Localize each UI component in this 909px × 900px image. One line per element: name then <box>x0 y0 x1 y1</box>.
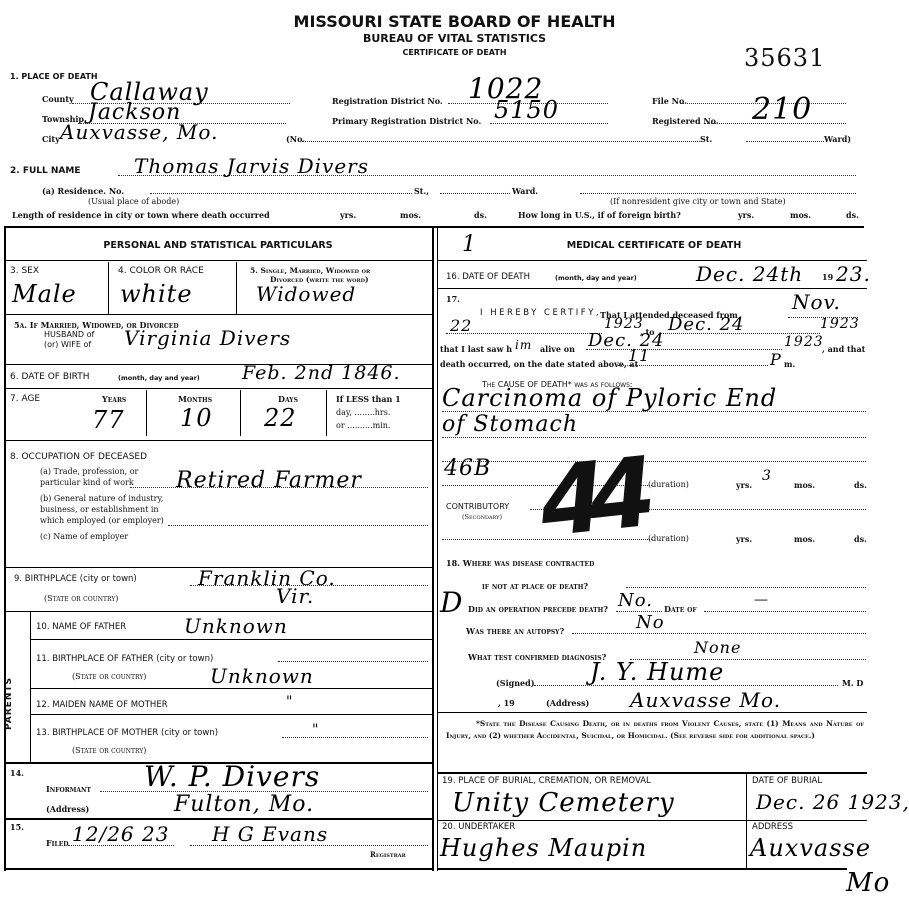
primary-registration-value: 5150 <box>494 96 559 124</box>
age-months-field[interactable]: 10 <box>150 404 238 434</box>
father-birthplace-value: Unknown <box>210 664 314 688</box>
age-years-field[interactable]: 77 <box>60 404 144 434</box>
cause-code-value: 46B <box>444 456 491 481</box>
attended-to-year: 1923 <box>820 316 860 332</box>
center-divider-inner <box>437 226 438 871</box>
duration-mos-label: mos. <box>794 480 815 490</box>
signed-label: (Signed) <box>496 678 534 688</box>
divider <box>236 262 237 314</box>
occupation-c-label: (c) Name of employer <box>40 532 128 541</box>
place-of-death-label: 1. PLACE OF DEATH <box>10 72 98 81</box>
mother-name-value: " <box>286 694 293 710</box>
undertaker-address-value: Auxvasse <box>750 834 871 862</box>
days-label: Days <box>278 394 298 404</box>
cause-footnote: *State the Disease Causing Death, or in … <box>446 718 864 742</box>
mother-name-label: 12. MAIDEN NAME OF MOTHER <box>36 700 168 710</box>
death-occurred-text: death occurred, on the date stated above… <box>440 359 638 369</box>
undertaker-address-field[interactable]: Auxvasse <box>750 834 909 866</box>
min-label: or ..........min. <box>336 421 390 430</box>
nonresident-note: (If nonresident give city or town and St… <box>610 197 786 206</box>
informant-field[interactable]: W. P. Divers <box>100 778 428 792</box>
foreign-mos-label: mos. <box>790 210 811 220</box>
marital-field[interactable]: Widowed <box>246 284 426 312</box>
city-label: City <box>42 134 60 144</box>
residence-label: (a) Residence. No. <box>42 186 124 196</box>
informant-value: W. P. Divers <box>144 760 320 793</box>
operation-date-field[interactable]: — <box>704 602 866 612</box>
divider <box>240 390 241 436</box>
foreign-yrs-label: yrs. <box>738 210 754 220</box>
contracted-label: 18. Where was disease contracted <box>446 558 594 568</box>
duration-2-ds-label: ds. <box>854 534 867 544</box>
bottom-rule-right <box>437 868 847 870</box>
registered-no-field[interactable]: 210 <box>704 110 846 124</box>
secondary-label: (Secondary) <box>462 513 502 521</box>
spouse-label-2: HUSBAND of <box>44 330 94 339</box>
foreign-birth-label: How long in U.S., if of foreign birth? <box>518 210 681 220</box>
age-label: 7. AGE <box>10 394 40 404</box>
filed-value: 12/26 23 <box>72 822 169 846</box>
rule <box>30 688 432 689</box>
death-hour-field[interactable]: 11 <box>618 356 768 366</box>
burial-date-label: DATE OF BURIAL <box>752 776 822 786</box>
spouse-field[interactable]: Virginia Divers <box>116 324 426 354</box>
occupation-b-label-3: which employed (or employer) <box>40 516 164 525</box>
mother-name-field[interactable]: " <box>240 694 428 712</box>
race-label: 4. COLOR OR RACE <box>118 266 204 276</box>
cause-line-3-field[interactable] <box>442 450 866 462</box>
divider <box>326 390 327 436</box>
age-days-value: 22 <box>264 404 297 432</box>
birthplace-state-value: Vir. <box>276 584 314 608</box>
length-ds-label: ds. <box>474 210 487 220</box>
duration-2-mos-label: mos. <box>794 534 815 544</box>
burial-place-label: 19. PLACE OF BURIAL, CREMATION, OR REMOV… <box>442 776 651 786</box>
full-name-field[interactable]: Thomas Jarvis Divers <box>118 162 856 176</box>
dob-field[interactable]: Feb. 2nd 1846. <box>240 362 430 386</box>
marital-value: Widowed <box>256 282 356 306</box>
registrar-field[interactable]: H G Evans <box>190 836 428 846</box>
occupation-b-label-2: business, or establishment in <box>40 505 159 514</box>
alive-on-year: 1923 <box>784 334 824 350</box>
birthplace-city-value: Franklin Co. <box>198 566 336 590</box>
race-field[interactable]: white <box>118 276 234 312</box>
date-of-label: Date of <box>664 604 697 614</box>
signed-value: J. Y. Hume <box>590 658 724 686</box>
duration-ds-label: ds. <box>854 480 867 490</box>
rule <box>437 712 867 713</box>
certify-text: I HEREBY CERTIFY, <box>480 308 601 318</box>
alive-on-text: alive on <box>540 344 575 354</box>
informant-address-value: Fulton, Mo. <box>174 792 314 817</box>
m-label: m. <box>784 359 795 369</box>
cause-line-2-field[interactable]: of Stomach <box>442 424 866 438</box>
mother-birthplace-field[interactable]: " <box>282 728 428 738</box>
dob-value: Feb. 2nd 1846. <box>242 362 401 384</box>
autopsy-field[interactable]: No <box>572 624 866 634</box>
informant-label: Informant <box>46 784 91 794</box>
filed-label: Filed <box>46 838 68 848</box>
father-name-field[interactable]: Unknown <box>180 612 428 636</box>
medical-section-title: MEDICAL CERTIFICATE OF DEATH <box>438 240 870 251</box>
signer-address-label: (Address) <box>546 698 589 708</box>
rule <box>4 818 432 820</box>
father-state-label: (State or country) <box>72 672 146 681</box>
contracted-sublabel: if not at place of death? <box>482 581 588 591</box>
cause-line-1-field[interactable]: Carcinoma of Pyloric End <box>442 398 866 412</box>
birthplace-label: 9. BIRTHPLACE (city or town) <box>14 574 137 584</box>
dob-label: 6. DATE OF BIRTH <box>10 372 90 382</box>
signed-field[interactable]: J. Y. Hume <box>534 676 838 686</box>
race-value: white <box>120 280 193 308</box>
parents-divider <box>30 612 31 762</box>
registered-no-value: 210 <box>752 92 812 127</box>
burial-date-value: Dec. 26 1923, <box>756 790 909 814</box>
undertaker-address-state: Mo <box>846 868 890 898</box>
primary-registration-label: Primary Registration District No. <box>332 116 481 126</box>
operation-value: No. <box>618 590 653 611</box>
sex-field[interactable]: Male <box>10 276 106 312</box>
attended-from-day-field[interactable]: 22 <box>446 324 602 334</box>
length-residence-label: Length of residence in city or town wher… <box>12 210 270 220</box>
date-of-death-19: 19 <box>822 272 833 282</box>
father-name-label: 10. NAME OF FATHER <box>36 622 126 632</box>
top-rule <box>4 226 864 228</box>
document-title: MISSOURI STATE BOARD OF HEALTH <box>0 12 909 31</box>
undertaker-field[interactable]: Hughes Maupin <box>438 834 744 866</box>
rule <box>437 288 867 289</box>
alive-on-field[interactable]: Dec. 24 <box>586 340 782 350</box>
and-that-text: , and that <box>822 344 865 354</box>
stamp-mark: 44 <box>535 445 642 551</box>
birthplace-state-field[interactable]: Vir. <box>240 590 428 608</box>
md-label: M. D <box>842 678 863 688</box>
occupation-a-field[interactable]: Retired Farmer <box>130 472 428 488</box>
residence-city-field[interactable] <box>580 184 856 194</box>
months-label: Months <box>178 394 212 404</box>
age-years-value: 77 <box>92 406 125 434</box>
last-saw-text: that I last saw h <box>440 344 512 354</box>
dob-sublabel: (month, day and year) <box>118 374 200 382</box>
registration-district-label: Registration District No. <box>332 96 443 106</box>
burial-place-field[interactable]: Unity Cemetery <box>442 788 742 818</box>
divider <box>108 262 109 314</box>
full-name-label: 2. FULL NAME <box>10 166 80 176</box>
mother-state-label: (State or country) <box>72 746 146 755</box>
length-mos-label: mos. <box>400 210 421 220</box>
margin-mark-d: D <box>440 586 463 619</box>
filed-field[interactable]: 12/26 23 <box>68 836 174 846</box>
attended-from-day-value: 22 <box>450 316 472 335</box>
test-value: None <box>694 638 741 657</box>
attended-to-field[interactable]: Dec. 24 <box>660 324 820 334</box>
informant-number: 14. <box>10 768 24 778</box>
occupation-b-label-1: (b) General nature of industry, <box>40 494 163 503</box>
duration-2-label: (duration) <box>648 534 689 543</box>
alive-on-value: Dec. 24 <box>588 330 665 351</box>
sign-date-19: , 19 <box>498 698 515 708</box>
rule <box>4 260 432 261</box>
parents-side-label: PARENTS <box>4 704 14 730</box>
primary-registration-field[interactable]: 5150 <box>490 110 608 124</box>
death-hour-value: 11 <box>628 346 650 365</box>
duration-2-yrs-label: yrs. <box>736 534 752 544</box>
divider <box>146 390 147 436</box>
marital-label-1: 5. Single, Married, Widowed or <box>250 266 370 275</box>
registrar-label: Registrar <box>370 850 406 859</box>
burial-place-value: Unity Cemetery <box>452 788 675 818</box>
attended-to-value: Dec. 24 <box>668 314 745 335</box>
rule <box>437 820 867 821</box>
autopsy-value: No <box>636 612 665 633</box>
father-name-value: Unknown <box>184 614 288 638</box>
registrar-value: H G Evans <box>212 822 328 846</box>
center-divider <box>432 226 434 871</box>
spouse-label-3: (or) WIFE of <box>44 340 91 349</box>
informant-address-label: (Address) <box>46 804 89 814</box>
foreign-ds-label: ds. <box>846 210 859 220</box>
residence-ward-label: Ward. <box>512 186 538 196</box>
occupation-a-label-2: particular kind of work <box>40 478 134 487</box>
date-of-death-year: 23. <box>836 262 871 286</box>
residence-field[interactable] <box>150 184 412 194</box>
mother-birthplace-label: 13. BIRTHPLACE OF MOTHER (city or town) <box>36 728 218 738</box>
city-value: Auxvasse, Mo. <box>60 120 218 144</box>
full-name-value: Thomas Jarvis Divers <box>134 154 369 178</box>
burial-date-field[interactable]: Dec. 26 1923, <box>752 790 908 818</box>
occupation-label: 8. OCCUPATION OF DECEASED <box>10 452 147 462</box>
rule <box>30 714 432 715</box>
burial-divider <box>746 774 747 870</box>
cause-line-2-value: of Stomach <box>442 412 578 437</box>
age-days-field[interactable]: 22 <box>244 404 324 434</box>
residence-st-label: St., <box>414 186 429 196</box>
death-ampm-value: P <box>770 350 782 369</box>
operation-label: Did an operation precede death? <box>468 604 608 614</box>
date-of-death-sublabel: (month, day and year) <box>555 274 637 282</box>
date-of-death-value: Dec. 24th <box>696 262 803 286</box>
autopsy-label: Was there an autopsy? <box>466 626 564 636</box>
father-birthplace-field[interactable]: Unknown <box>180 662 428 686</box>
birthplace-state-label: (State or country) <box>44 594 118 603</box>
date-of-death-field[interactable]: Dec. 24th 19 23. <box>696 264 886 288</box>
years-label: Years <box>102 394 126 404</box>
signer-address-field[interactable]: Auxvasse Mo. <box>630 688 866 710</box>
undertaker-value: Hughes Maupin <box>440 834 647 862</box>
ward-field[interactable] <box>746 132 824 142</box>
rule <box>437 772 867 774</box>
contracted-field[interactable] <box>626 578 866 588</box>
personal-section-title: PERSONAL AND STATISTICAL PARTICULARS <box>4 240 432 251</box>
length-yrs-label: yrs. <box>340 210 356 220</box>
rule <box>4 440 432 441</box>
duration-label: (duration) <box>648 480 689 489</box>
cause-line-1-value: Carcinoma of Pyloric End <box>442 384 777 412</box>
undertaker-address-label: ADDRESS <box>752 822 793 832</box>
undertaker-label: 20. UNDERTAKER <box>442 822 515 832</box>
certificate-number: 35631 <box>744 44 825 72</box>
rule <box>4 314 432 315</box>
rule <box>437 260 867 261</box>
occupation-a-value: Retired Farmer <box>176 468 362 493</box>
last-saw-pronoun: im <box>515 338 532 352</box>
filed-number: 15. <box>10 822 24 832</box>
signer-address-value: Auxvasse Mo. <box>630 688 781 712</box>
street-field[interactable] <box>302 132 702 142</box>
certify-number: 17. <box>446 294 460 304</box>
date-of-death-label: 16. DATE OF DEATH <box>446 272 530 282</box>
hrs-label: day, ........hrs. <box>336 408 390 417</box>
city-field[interactable]: Auxvasse, Mo. <box>60 126 282 144</box>
attended-from-month-value: Nov. <box>792 290 841 314</box>
duration-yrs-label: yrs. <box>736 480 752 490</box>
residence-sublabel: (Usual place of abode) <box>88 197 179 206</box>
rule <box>4 388 432 389</box>
city-st-label: St. <box>700 134 712 144</box>
mother-birthplace-value: " <box>312 722 319 738</box>
rule <box>30 639 432 640</box>
residence-st-field[interactable] <box>440 184 510 194</box>
sex-value: Male <box>12 280 77 308</box>
operation-field[interactable]: No. <box>616 602 662 612</box>
contributory-label: CONTRIBUTORY <box>446 502 509 511</box>
city-ward-label: Ward) <box>824 134 851 144</box>
occupation-b-field[interactable] <box>168 518 428 526</box>
left-border <box>4 226 6 871</box>
spouse-value: Virginia Divers <box>124 326 291 350</box>
test-label: What test confirmed diagnosis? <box>468 652 606 662</box>
employer-field[interactable] <box>130 530 428 544</box>
informant-address-field[interactable]: Fulton, Mo. <box>170 794 428 816</box>
occupation-a-label-1: (a) Trade, profession, or <box>40 467 138 476</box>
duration-mos-value: 3 <box>762 468 772 484</box>
operation-date-value: — <box>754 592 769 608</box>
age-months-value: 10 <box>180 404 213 432</box>
bottom-rule-left <box>4 868 432 870</box>
county-label: County <box>42 94 74 104</box>
less-than-label: If LESS than 1 <box>336 394 401 404</box>
sex-label: 3. SEX <box>10 266 39 276</box>
